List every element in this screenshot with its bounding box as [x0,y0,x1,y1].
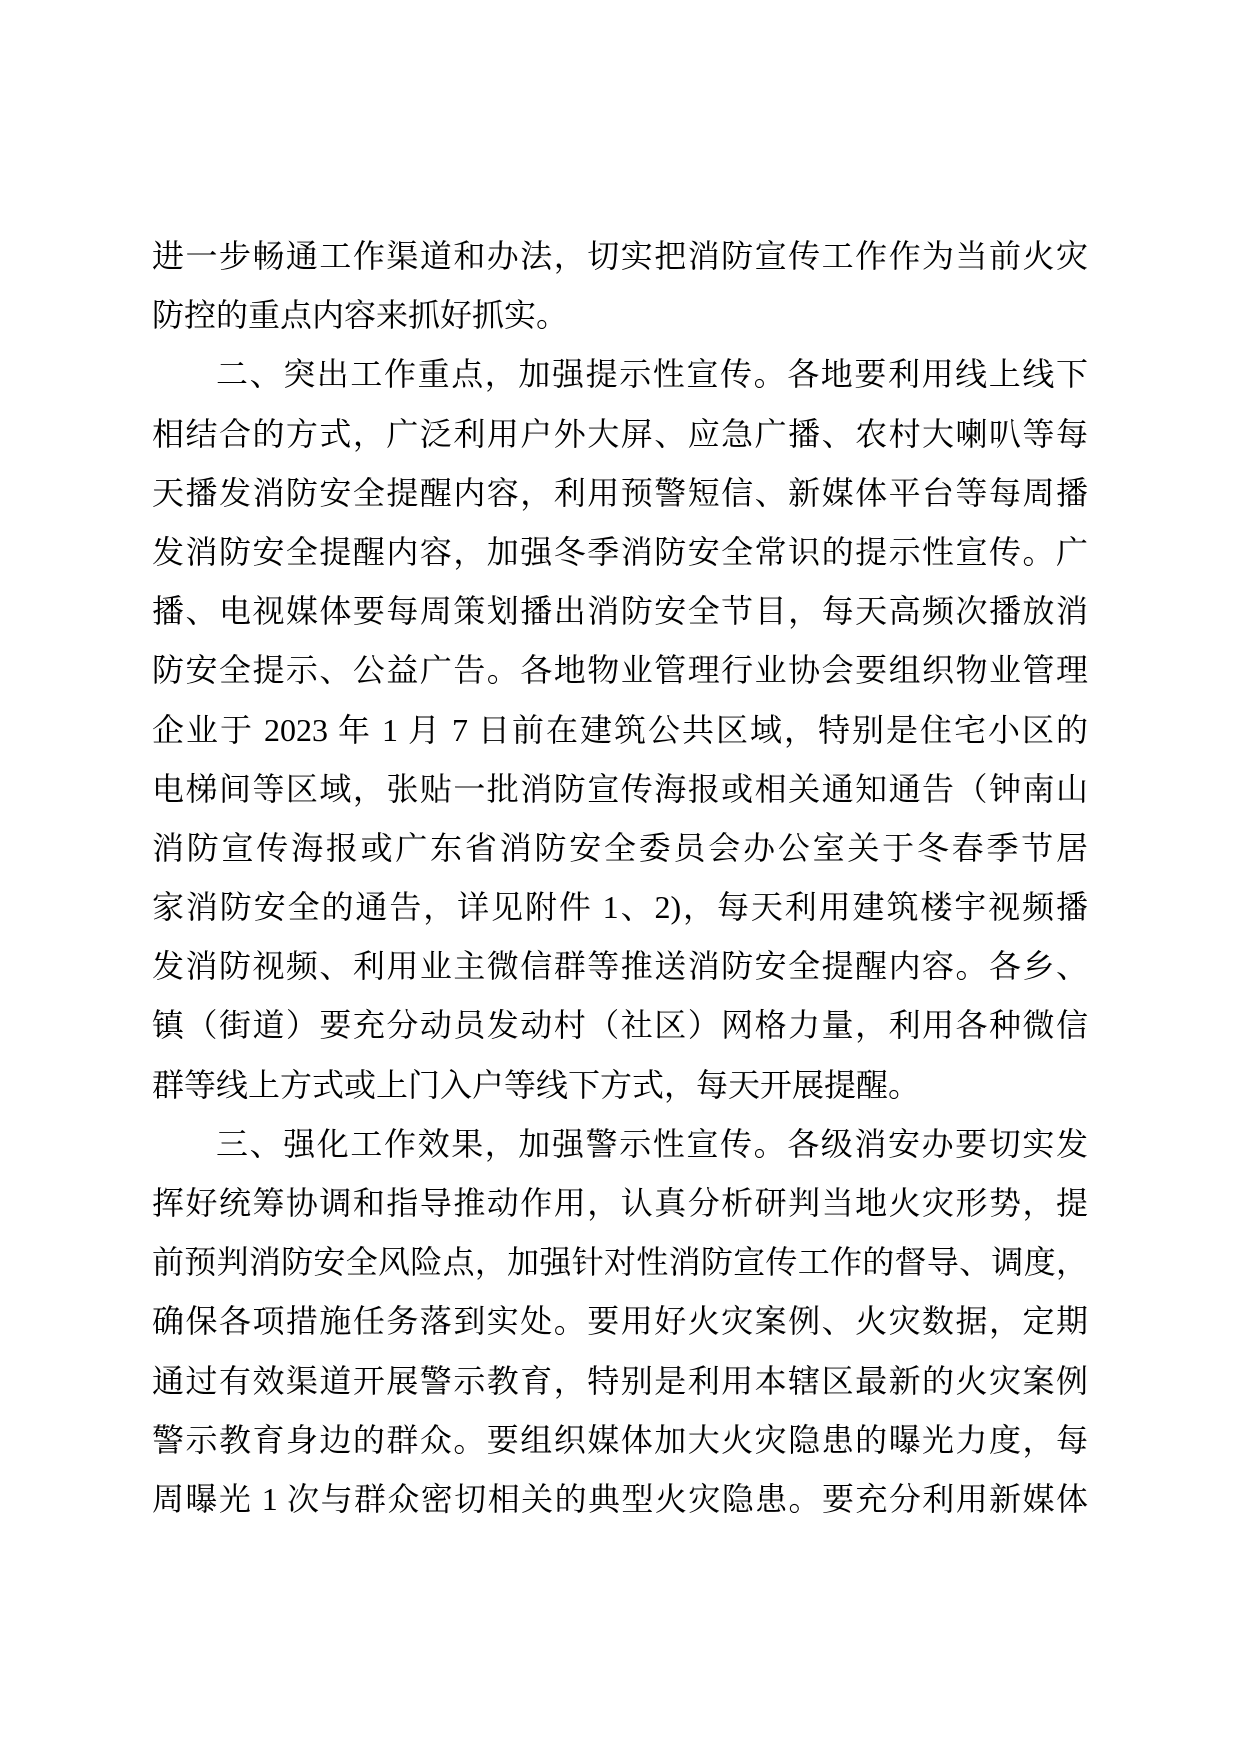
text-line: 发消防安全提醒内容，加强冬季消防安全常识的提示性宣传。广 [152,523,1088,582]
text-line: 周曝光 1 次与群众密切相关的典型火灾隐患。要充分利用新媒体 [152,1470,1088,1529]
document-page: 进一步畅通工作渠道和办法，切实把消防宣传工作作为当前火灾 防控的重点内容来抓好抓… [0,0,1240,1754]
text-line: 挥好统筹协调和指导推动作用，认真分析研判当地火灾形势，提 [152,1174,1088,1233]
text-line: 发消防视频、利用业主微信群等推送消防安全提醒内容。各乡、 [152,937,1088,996]
document-body: 进一步畅通工作渠道和办法，切实把消防宣传工作作为当前火灾 防控的重点内容来抓好抓… [152,227,1088,1529]
text-line: 前预判消防安全风险点，加强针对性消防宣传工作的督导、调度， [152,1233,1088,1292]
text-line: 企业于 2023 年 1 月 7 日前在建筑公共区域，特别是住宅小区的 [152,701,1088,760]
text-line: 天播发消防安全提醒内容，利用预警短信、新媒体平台等每周播 [152,464,1088,523]
text-line: 群等线上方式或上门入户等线下方式，每天开展提醒。 [152,1056,1088,1115]
text-line: 防控的重点内容来抓好抓实。 [152,286,1088,345]
text-line: 播、电视媒体要每周策划播出消防安全节目，每天高频次播放消 [152,582,1088,641]
text-line section-heading-2: 二、突出工作重点，加强提示性宣传。各地要利用线上线下 [152,345,1088,404]
text-line: 进一步畅通工作渠道和办法，切实把消防宣传工作作为当前火灾 [152,227,1088,286]
text-line: 确保各项措施任务落到实处。要用好火灾案例、火灾数据，定期 [152,1292,1088,1351]
text-line: 电梯间等区域，张贴一批消防宣传海报或相关通知通告（钟南山 [152,760,1088,819]
text-line: 防安全提示、公益广告。各地物业管理行业协会要组织物业管理 [152,641,1088,700]
text-line: 警示教育身边的群众。要组织媒体加大火灾隐患的曝光力度，每 [152,1411,1088,1470]
text-line: 相结合的方式，广泛利用户外大屏、应急广播、农村大喇叭等每 [152,405,1088,464]
text-line: 通过有效渠道开展警示教育，特别是利用本辖区最新的火灾案例 [152,1352,1088,1411]
text-line: 镇（街道）要充分动员发动村（社区）网格力量，利用各种微信 [152,996,1088,1055]
text-line: 家消防安全的通告，详见附件 1、2)，每天利用建筑楼宇视频播 [152,878,1088,937]
text-line: 消防宣传海报或广东省消防安全委员会办公室关于冬春季节居 [152,819,1088,878]
text-line section-heading-3: 三、强化工作效果，加强警示性宣传。各级消安办要切实发 [152,1115,1088,1174]
